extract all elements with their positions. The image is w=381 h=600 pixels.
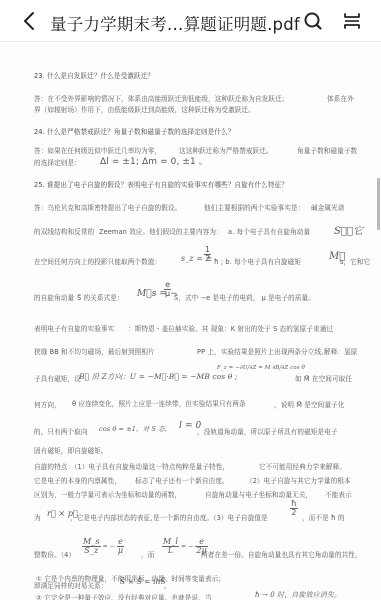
answer-line: 表明电子有自旋的实验事实	[34, 323, 114, 333]
back-button[interactable]	[20, 10, 40, 32]
answer-line: ，它是电子内部状态的表征，	[70, 512, 157, 522]
answer-line: 在空间任何方向上的投影只能取两个数值：	[34, 256, 161, 266]
question-25: 25. 谁提出了电子自旋的假设？表明电子有自旋的实验事实有哪些？自旋有什么特征？	[34, 179, 288, 189]
answer-line: PP 上，实验结果是照片上出现两条分立线。	[197, 346, 328, 356]
answer-line: 如 M⃗ 在空间可取任	[295, 373, 352, 383]
answer-line: 的双线结构和反常的	[34, 226, 94, 236]
answer-line: 整数倍。（4）	[34, 549, 75, 559]
hbar-half-fraction: ħ2	[290, 500, 298, 517]
answer-line: a. 每个电子具有自旋角动量	[228, 226, 310, 236]
answer-line: 标志了电子还有一个新自由度。	[135, 475, 229, 485]
answer-line: 区别为，一般力学量可表示为坐标和动量的函数，	[34, 489, 181, 499]
expand-icon	[342, 11, 362, 31]
answer-line: S⃗ 的关系式是：	[77, 292, 124, 302]
answer-line: 两者在差一倍。自旋角动量也具有其它角动量的共性，	[201, 549, 362, 559]
answer-line: ħ ; b. 每个电子具有自旋磁矩	[214, 256, 301, 266]
ms-ratio-fraction: M_sS_z = − eμ	[82, 538, 124, 555]
answer-line: Zeeman 效应。他们假设的主要内容为：	[99, 226, 223, 236]
answer-line: ，没轨道角动量，所以原子所具有的磁矩是电子	[197, 426, 338, 436]
top-bar: 量子力学期末考…算题证明题.pdf	[0, 0, 381, 42]
potential-energy-formula: B⃗ 沿 Z方向：U = −M⃗·B⃗ = −MB cos θ ;	[79, 371, 238, 382]
answer-line: 为	[34, 512, 41, 522]
answer-line: 碱金属光谱	[311, 202, 344, 212]
search-button[interactable]	[303, 11, 323, 31]
e-over-mu-fraction: eμ	[164, 281, 171, 298]
answer-line: ② 它完全是一种量子效应，没有经典对应量。也就是说，当	[36, 592, 212, 600]
answer-line: 答：乌伦贝克和高斯密特提出了电子自旋的假设。	[34, 202, 181, 212]
answer-line: 的，只有两个取向	[34, 426, 88, 436]
answer-line: 解释：氢原	[324, 346, 357, 356]
answer-line: θ 应连续变化，照片上应是一连续带，但实验结果只有两条	[72, 398, 246, 408]
answer-line: ，说明 M⃗ 是空间量子化	[274, 399, 344, 409]
ms-formula: M⃗s = −	[137, 289, 178, 299]
cos-theta-formula: cos θ = ±1，对 S 态，	[99, 424, 171, 433]
answer-line: 的自旋角动量	[34, 292, 74, 302]
pdf-page[interactable]: 23. 什么是自发跃迁？什么是受激跃迁？ 答：在不受外界影响的情况下，体系由高能…	[0, 43, 381, 600]
answer-line: 自旋的特点：（1）电子具有自旋角动量这一特点纯粹是量子特性，	[34, 461, 229, 471]
chevron-left-icon	[20, 10, 40, 32]
answer-line: 子具有磁矩，设	[34, 373, 81, 383]
selection-rule-formula: Δl = ±1; Δm = 0, ±1 。	[100, 154, 208, 167]
question-23: 23. 什么是自发跃迁？什么是受激跃迁？	[34, 70, 154, 80]
answer-line: 何方向，	[34, 399, 61, 409]
answer-line: ① 它是个内禀的物理量，不能用坐标、动量、时间等变量表示；	[36, 573, 225, 583]
answer-line: s，它和它	[340, 256, 370, 266]
answer-line: S⃗，式中 −e 是电子的电荷， μ 是电子的质量。	[174, 292, 315, 302]
scrollbar-thumb[interactable]	[377, 178, 380, 230]
document-title: 量子力学期末考…算题证明题.pdf	[50, 11, 300, 35]
answer-line: 它是电子的本身的内禀属性，	[34, 475, 121, 485]
answer-line: 自旋角动量与电子坐标和动量无关，	[205, 489, 312, 499]
hbar-limit-formula: ħ → 0 时，自旋效应消失。	[255, 590, 341, 600]
spin-vector-symbol: S⃗，它	[334, 222, 363, 237]
answer-line: 他们主要根据的两个实验事实是：	[204, 202, 304, 212]
answer-line: 固有磁矩，即自旋磁矩。	[34, 445, 108, 455]
answer-line: 是一个新的自由度。（3）电子自旋值是	[153, 512, 268, 522]
force-formula: F_z = −∂U/∂Z = M ∂B/∂Z cos θ	[217, 365, 305, 371]
answer-line: 体系在外	[327, 93, 354, 103]
half-fraction: 12	[204, 246, 211, 263]
answer-line: 不能表示	[325, 489, 352, 499]
answer-line: 它不可能用经典力学来解释。	[259, 461, 346, 471]
answer-line: 的选择定则是：	[34, 157, 81, 167]
answer-line: ：斯特恩 - 盖拉赫实验。其 现象：K 射出的处于 S 态的氢原子束通过	[128, 323, 333, 333]
answer-line: 答：在不受外界影响的情况下，体系由高能级跃迁到低能级，这种跃迁称为自发跃迁；	[34, 93, 288, 103]
answer-line: （2）电子自旋与其它力学量的根本	[246, 475, 351, 485]
question-24: 24. 什么是严格禁戒跃迁？角量子数和磁量子数的选择定则是什么？	[34, 126, 234, 136]
expand-button[interactable]	[342, 11, 362, 31]
answer-line: ，而	[141, 549, 154, 559]
answer-line: 界（如辐射场）作用下，由低能级跃迁到高能级，这种跃迁称为受激跃迁。	[34, 104, 255, 114]
answer-line: 狭缝 BB 和不均匀磁场，最后射到照相片	[34, 346, 155, 356]
search-icon	[303, 11, 323, 31]
answer-line: 角量子数和磁量子数	[297, 145, 357, 155]
answer-line: ，而不是 ħ 的	[302, 512, 345, 522]
